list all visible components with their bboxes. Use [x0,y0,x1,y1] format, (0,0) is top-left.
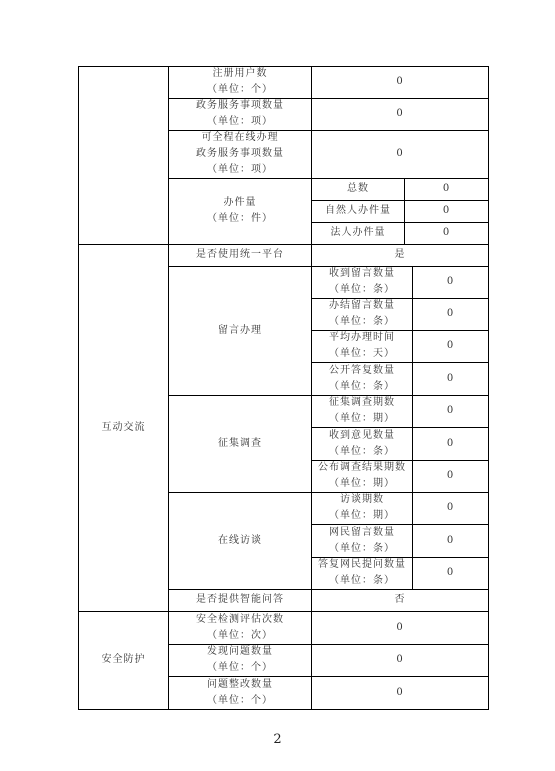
subrow-label: 访谈期数 （单位：期） [312,492,412,524]
subrow-label: 答复网民提问数量 （单位：条） [312,557,412,589]
section-label-interaction: 互动交流 [79,244,168,611]
subrow-value: 0 [413,492,488,524]
subrow-label: 办结留言数量 （单位：条） [312,298,412,330]
subrow-value: 0 [413,557,488,589]
row-label: 发现问题数量 （单位：个） [169,644,311,676]
subrow-value: 0 [405,222,488,244]
subrow-label: 平均办理时间 （单位：天） [312,330,412,362]
row-value: 0 [312,130,488,178]
subrow-value: 0 [405,178,488,200]
subrow-value: 0 [413,395,488,427]
group-label: 留言办理 [169,266,311,395]
subrow-label: 总数 [312,178,404,200]
row-label: 办件量 （单位：件） [169,178,311,244]
row-label: 可全程在线办理 政务服务事项数量 （单位：项） [169,130,311,178]
subrow-label: 自然人办件量 [312,200,404,222]
section-label-security: 安全防护 [79,611,168,709]
subrow-value: 0 [413,460,488,492]
subrow-value: 0 [413,524,488,557]
subrow-label: 收到意见数量 （单位：条） [312,427,412,460]
row-label: 政务服务事项数量 （单位：项） [169,98,311,130]
row-value: 0 [312,98,488,130]
subrow-value: 0 [413,427,488,460]
subrow-label: 法人办件量 [312,222,404,244]
row-value: 0 [312,676,488,709]
subrow-value: 0 [413,266,488,298]
row-label: 是否使用统一平台 [169,244,311,266]
subrow-label: 公开答复数量 （单位：条） [312,362,412,395]
row-value: 0 [312,644,488,676]
subrow-label: 征集调查期数 （单位：期） [312,395,412,427]
subrow-label: 收到留言数量 （单位：条） [312,266,412,298]
subrow-value: 0 [413,362,488,395]
row-value: 0 [312,611,488,644]
row-value: 是 [312,244,488,266]
subrow-label: 公布调查结果期数 （单位：期） [312,460,412,492]
row-value: 否 [312,589,488,611]
subrow-label: 网民留言数量 （单位：条） [312,524,412,557]
group-label: 在线访谈 [169,492,311,589]
subrow-value: 0 [413,298,488,330]
row-value: 0 [312,66,488,98]
group-label: 征集调查 [169,395,311,492]
page-number: 2 [0,732,555,747]
row-label: 安全检测评估次数 （单位：次） [169,611,311,644]
row-label: 是否提供智能问答 [169,589,311,611]
row-label: 问题整改数量 （单位：个） [169,676,311,709]
subrow-value: 0 [405,200,488,222]
subrow-value: 0 [413,330,488,362]
row-label: 注册用户数 （单位：个） [169,66,311,98]
